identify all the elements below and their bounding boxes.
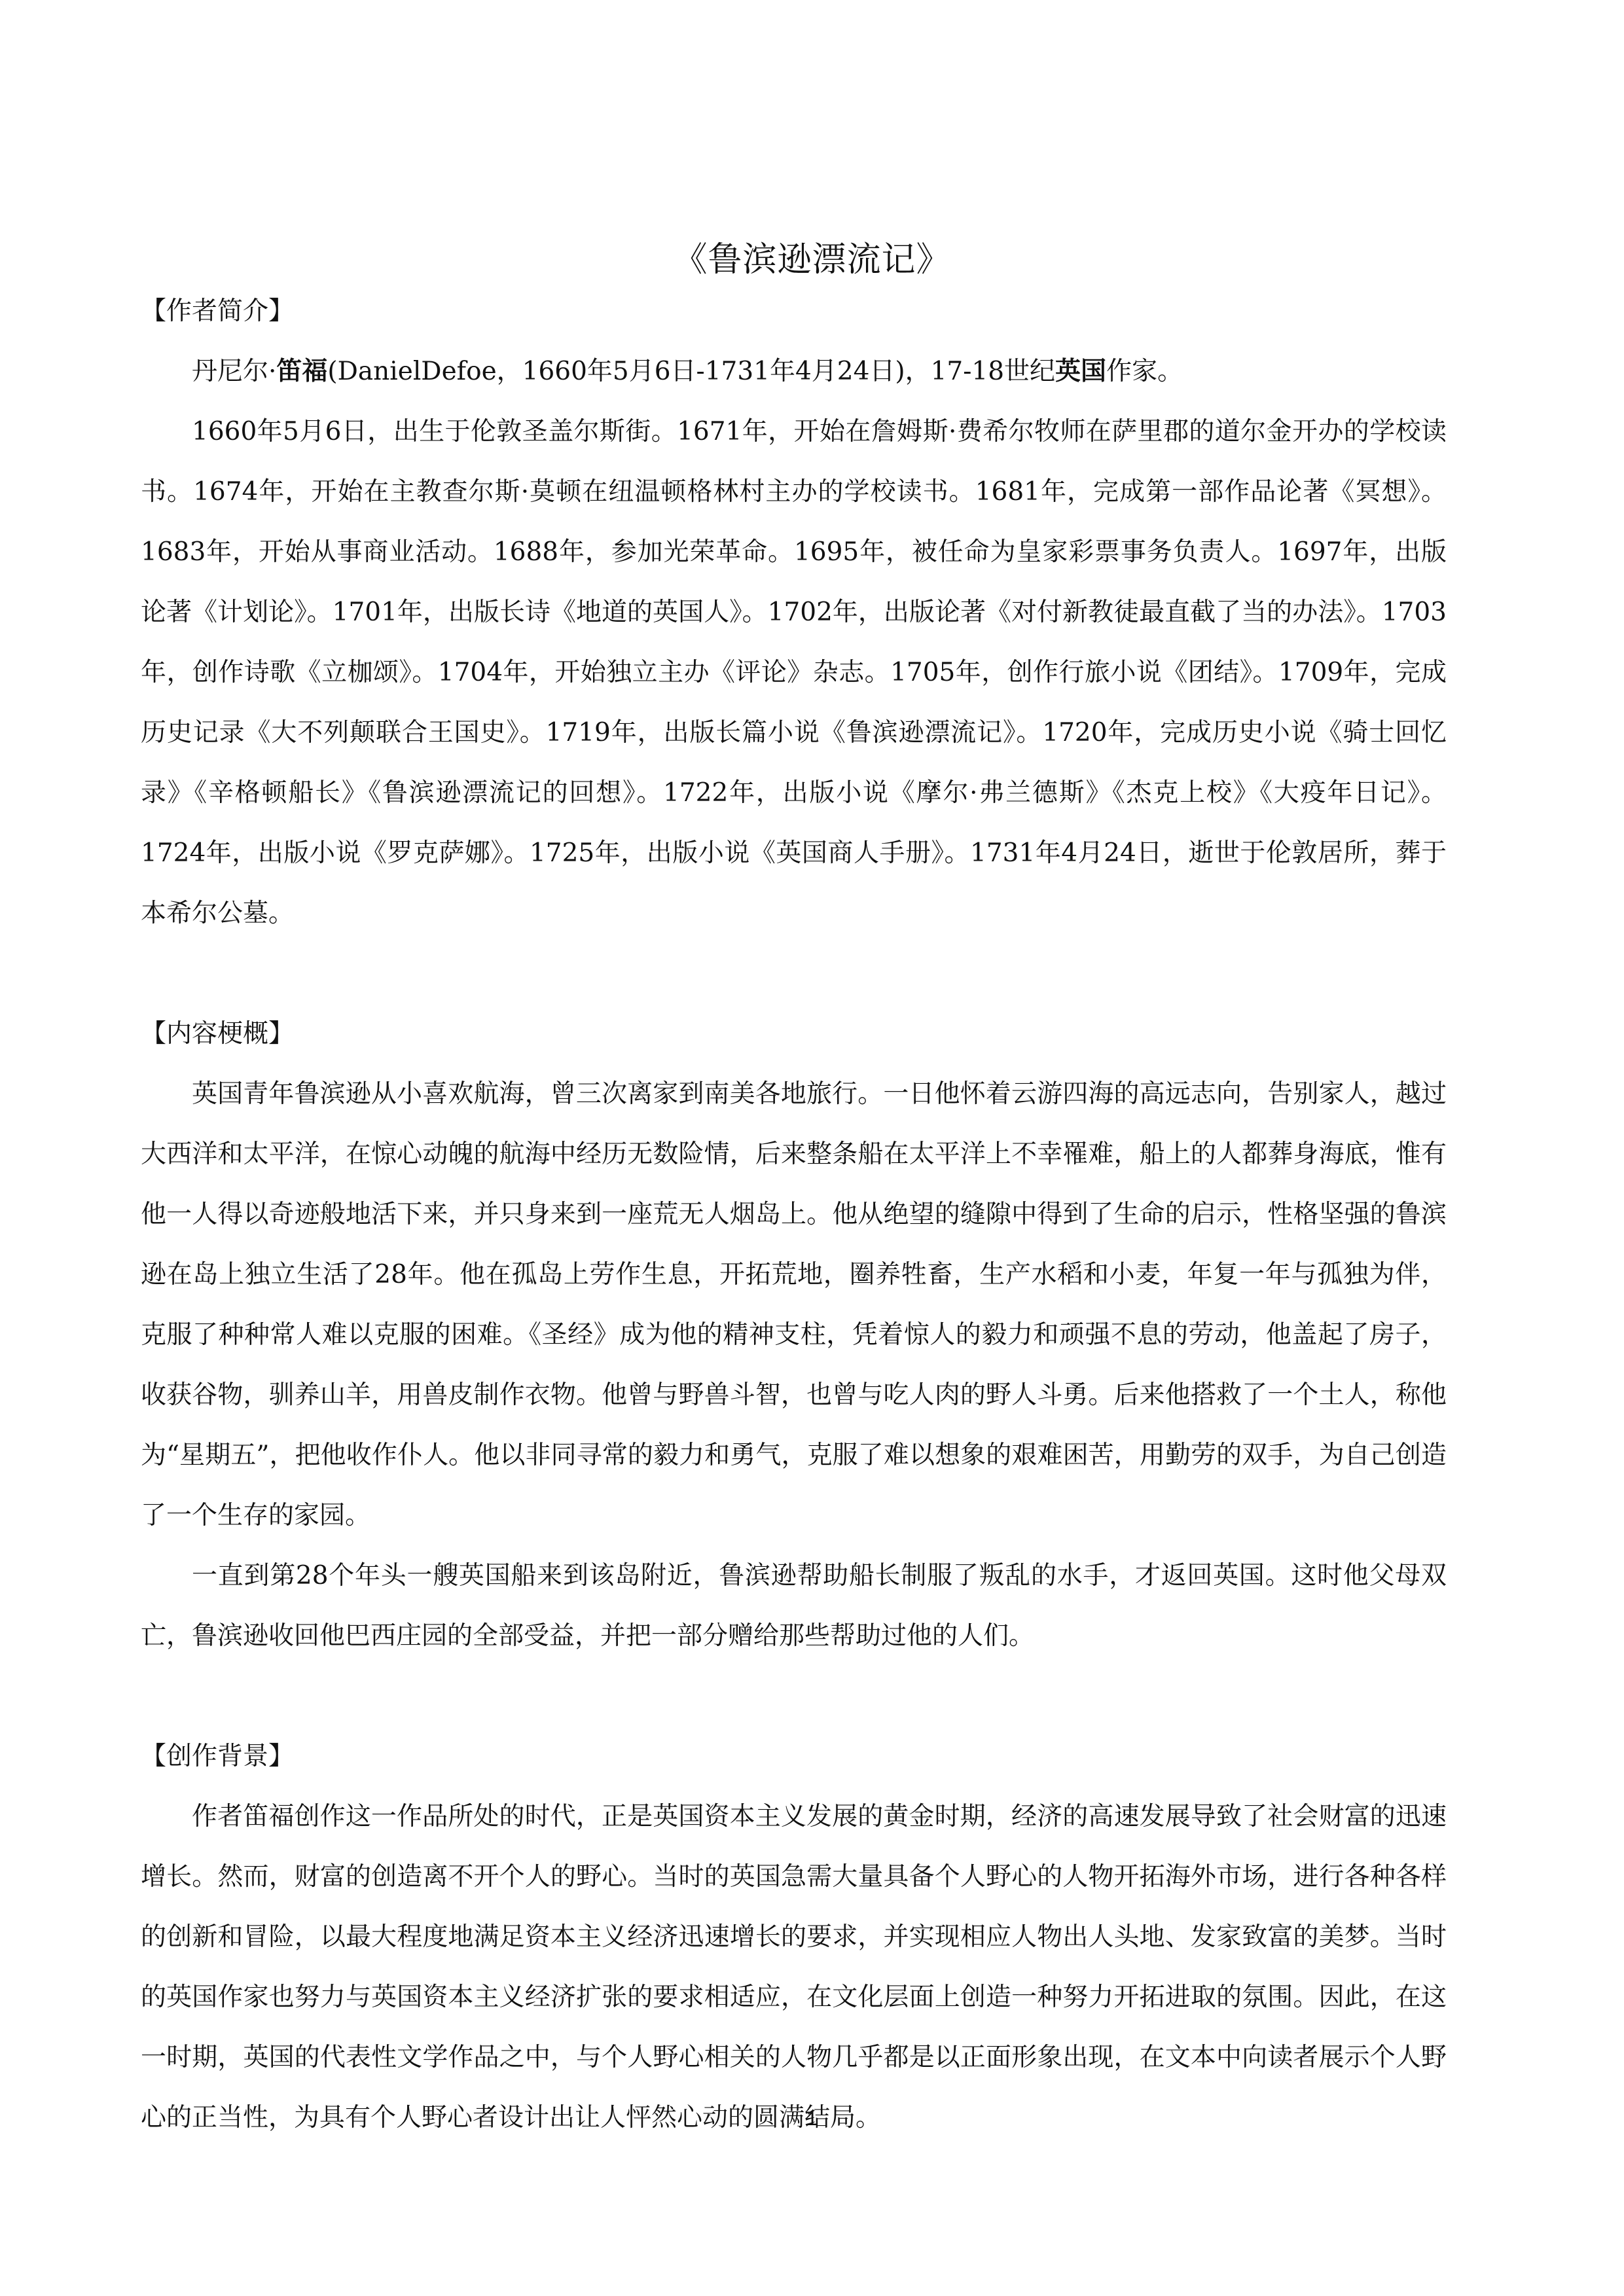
document-page: 《鲁滨逊漂流记》 【作者简介】 丹尼尔·笛福(DanielDefoe，1660年… xyxy=(0,0,1624,2296)
author-intro-text: 丹尼尔· xyxy=(192,357,276,386)
summary-paragraph: 英国青年鲁滨逊从小喜欢航海，曾三次离家到南美各地旅行。一日他怀着云游四海的高远志… xyxy=(141,1064,1447,1546)
section-author: 【作者简介】 丹尼尔·笛福(DanielDefoe，1660年5月6日-1731… xyxy=(141,281,1447,944)
section-background: 【创作背景】 作者笛福创作这一作品所处的时代，正是英国资本主义发展的黄金时期，经… xyxy=(141,1727,1447,2148)
author-intro-text: (DanielDefoe，1660年5月6日-1731年4月24日)，17-18… xyxy=(327,357,1055,386)
author-name-bold: 笛福 xyxy=(276,357,327,386)
document-title: 《鲁滨逊漂流记》 xyxy=(0,234,1624,286)
section-spacer xyxy=(141,1666,1447,1727)
background-paragraph: 作者笛福创作这一作品所处的时代，正是英国资本主义发展的黄金时期，经济的高速发展导… xyxy=(141,1787,1447,2148)
author-intro: 丹尼尔·笛福(DanielDefoe，1660年5月6日-1731年4月24日)… xyxy=(141,342,1447,402)
document-body: 【作者简介】 丹尼尔·笛福(DanielDefoe，1660年5月6日-1731… xyxy=(141,281,1447,2148)
author-intro-text: 作家。 xyxy=(1106,357,1183,386)
section-summary: 【内容梗概】 英国青年鲁滨逊从小喜欢航海，曾三次离家到南美各地旅行。一日他怀着云… xyxy=(141,1004,1447,1666)
section-spacer xyxy=(141,944,1447,1004)
section-heading-background: 【创作背景】 xyxy=(141,1727,1447,1787)
section-heading-author: 【作者简介】 xyxy=(141,281,1447,342)
page-number: 1 xyxy=(0,2102,1624,2134)
author-country-bold: 英国 xyxy=(1055,357,1106,386)
author-biography: 1660年5月6日，出生于伦敦圣盖尔斯街。1671年，开始在詹姆斯·费希尔牧师在… xyxy=(141,402,1447,944)
section-heading-summary: 【内容梗概】 xyxy=(141,1004,1447,1064)
summary-paragraph: 一直到第28个年头一艘英国船来到该岛附近，鲁滨逊帮助船长制服了叛乱的水手，才返回… xyxy=(141,1546,1447,1666)
